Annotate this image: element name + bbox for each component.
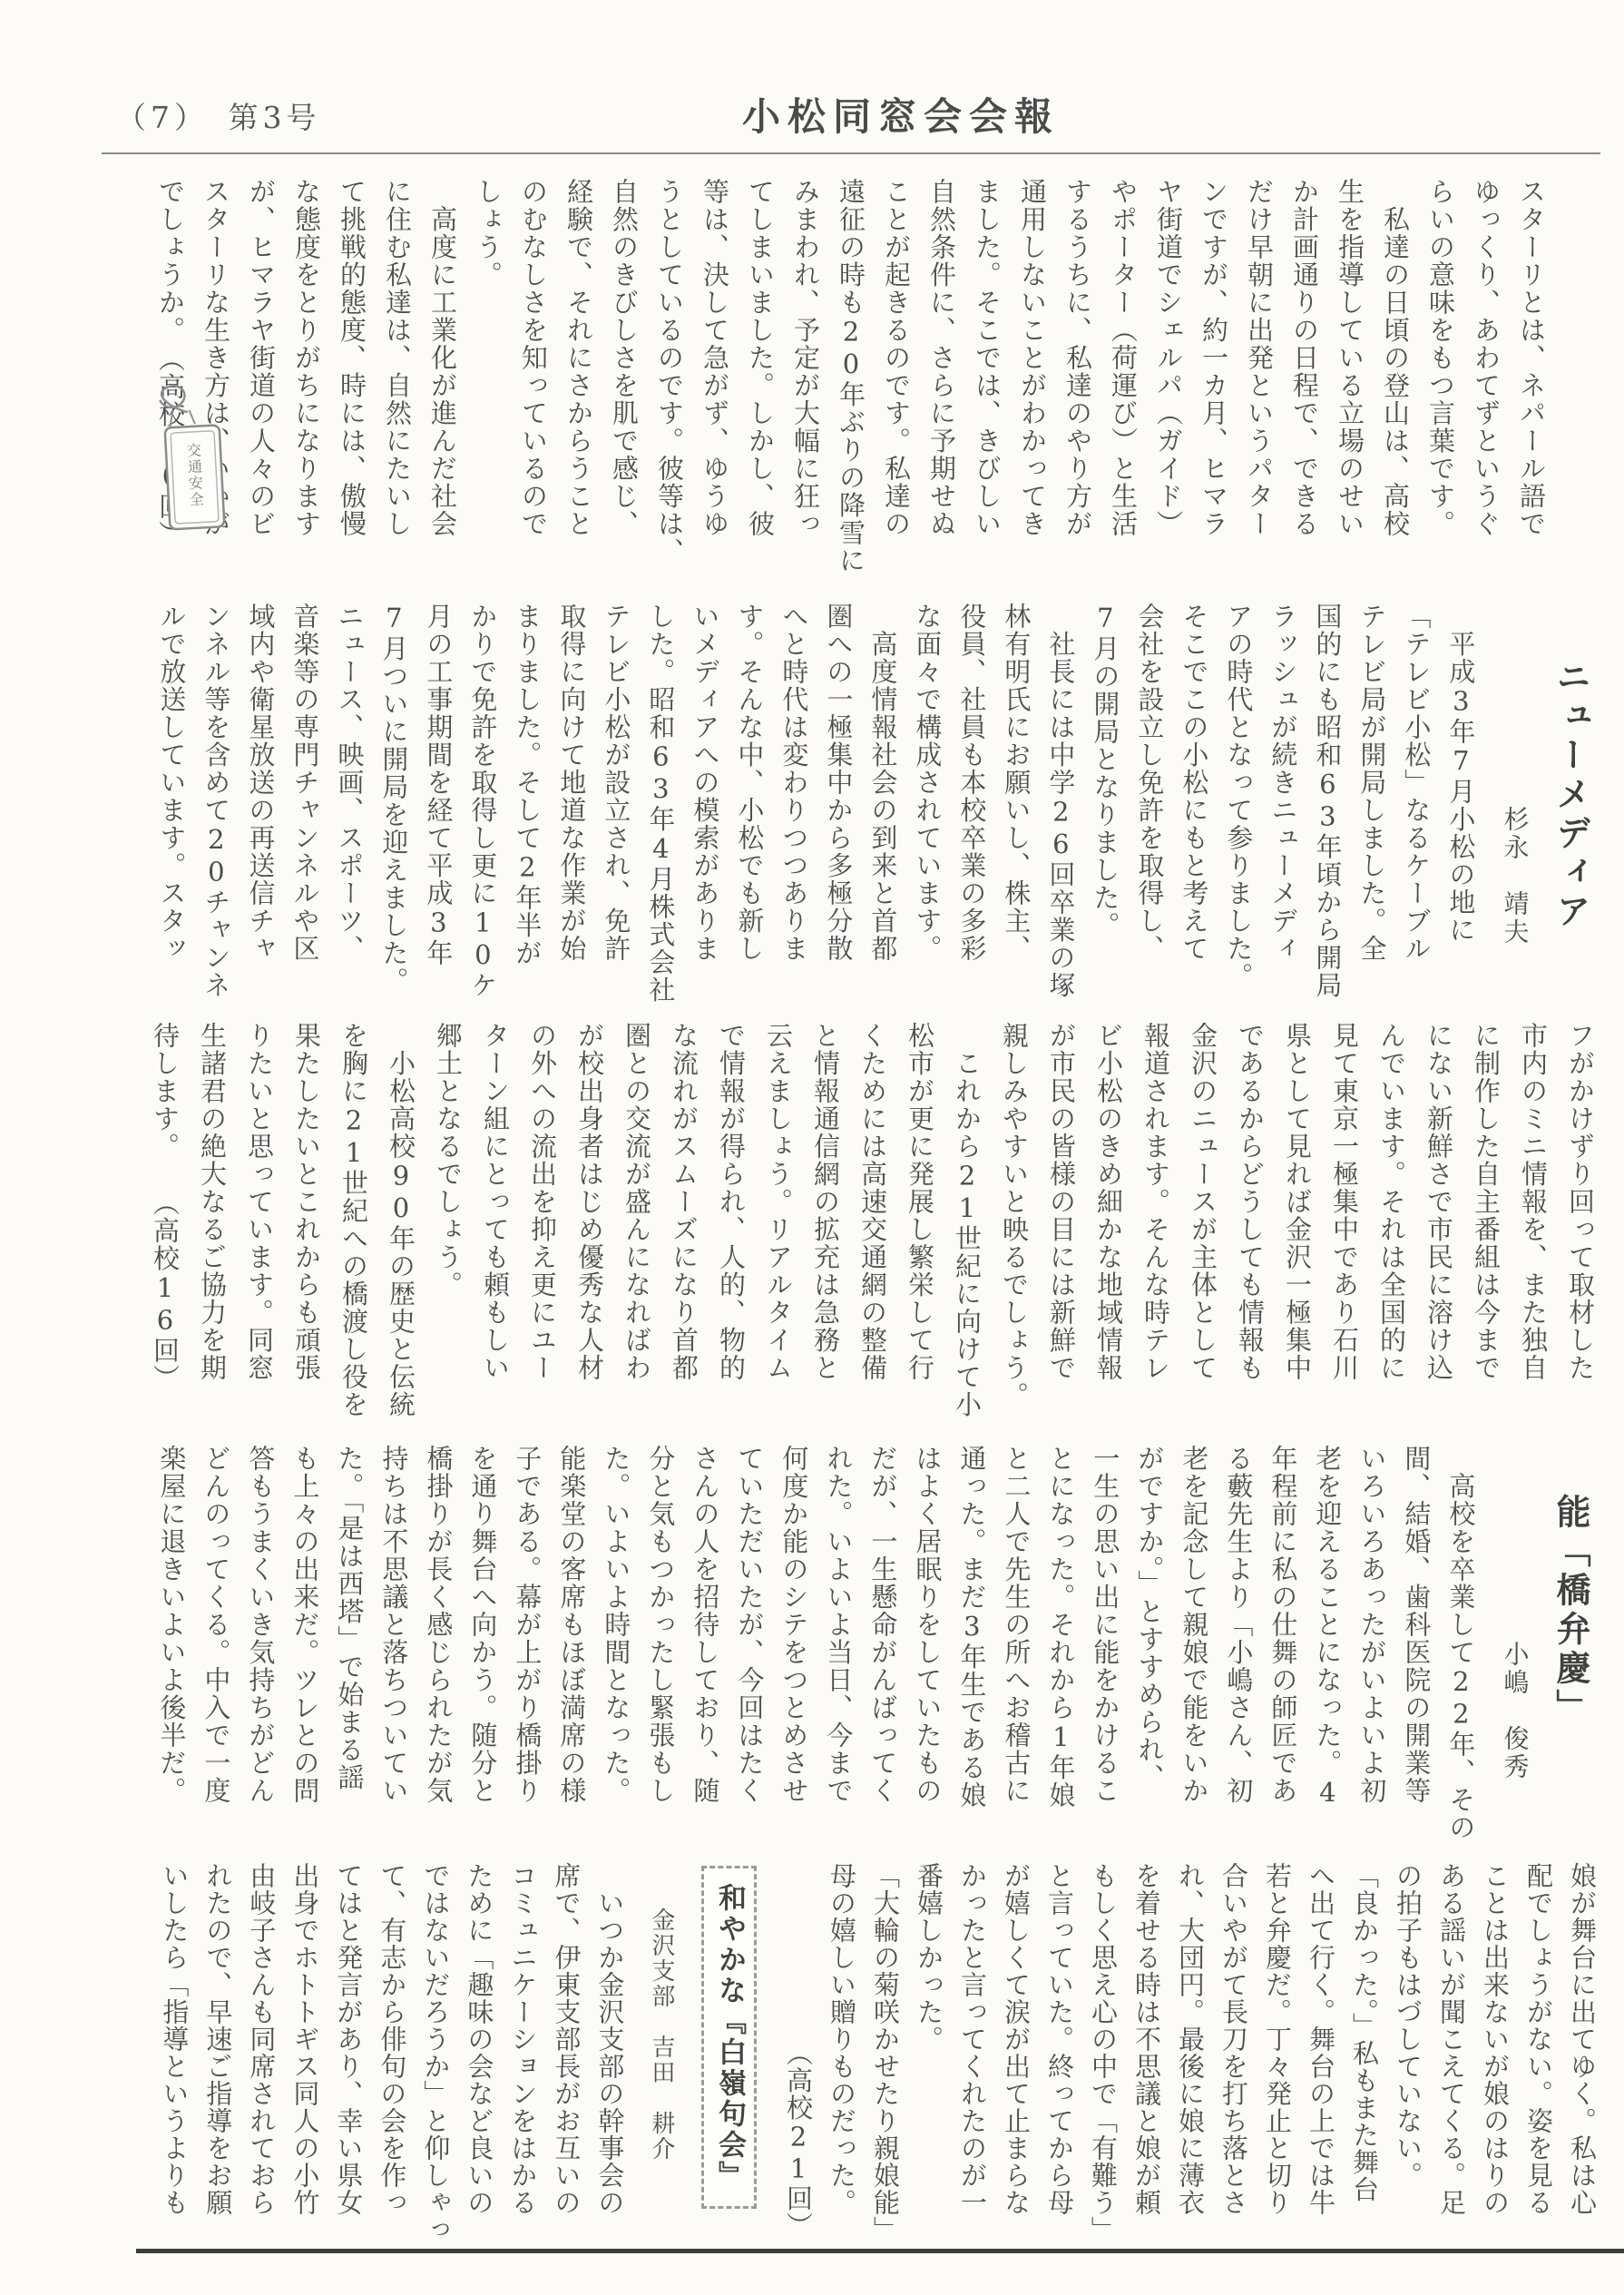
bottom-band: 娘が舞台に出てゆく。私は心 配でしょうがない。姿を見る ことは出来ないが娘のはり… — [127, 1862, 1604, 2252]
charm-drawing: 交通安全 — [113, 371, 273, 558]
article-newmedia-body-part2: フがかけずり回って取材した 市内のミニ情報を、また独自 に制作した自主番組は今ま… — [142, 1022, 1604, 1435]
article-newmedia-band1: ニューメディア 杉永 靖夫 平成3年7月小松の地に 「テレビ小松」なるケーブル … — [134, 603, 1592, 1013]
page-number-label: （7） 第3号 — [116, 94, 321, 137]
article-noh-band1: 能「橋弁慶」 小嶋 俊秀 高校を卒業して22年、その 間、結婚、歯科医院の開業等… — [134, 1445, 1592, 1855]
charm-tag: 交通安全 — [165, 425, 225, 529]
header-rule — [102, 152, 1600, 154]
article-newmedia-author: 杉永 靖夫 — [1497, 603, 1532, 1013]
article-noh-author: 小嶋 俊秀 — [1497, 1445, 1532, 1855]
article-haiku-title: 和やかな『白嶺句会』 — [712, 1883, 746, 2192]
newsletter-page: （7） 第3号 小松同窓会会報 スターリとは、ネパール語で ゆっくり、あわてずと… — [0, 0, 1624, 2295]
article-newmedia-title: ニューメディア — [1550, 603, 1593, 1013]
article-haiku-author: 金沢支部 吉田 耕介 — [644, 1862, 677, 2252]
omamori-charm-illustration: 交通安全 — [113, 371, 273, 558]
article-haiku-title-box: 和やかな『白嶺句会』 — [701, 1866, 757, 2209]
bottom-rule — [136, 2249, 1624, 2253]
article-haiku-body: いつか金沢支部の幹事会の 席で、伊東支部長がお互いの コミュニケーションをはかる… — [152, 1862, 631, 2252]
article-noh-body-part1: 高校を卒業して22年、その 間、結婚、歯科医院の開業等 いろいろあったがいよいよ… — [149, 1445, 1482, 1855]
article-newmedia-band2: フがかけずり回って取材した 市内のミニ情報を、また独自 に制作した自主番組は今ま… — [127, 1022, 1604, 1435]
article-newmedia-body-part1: 平成3年7月小松の地に 「テレビ小松」なるケーブル テレビ局が開局しました。全 … — [149, 603, 1482, 1013]
charm-text: 交通安全 — [184, 442, 205, 508]
article-noh-title: 能「橋弁慶」 — [1550, 1445, 1593, 1855]
article-noh-body-part2: 娘が舞台に出てゆく。私は心 配でしょうがない。姿を見る ことは出来ないが娘のはり… — [777, 1862, 1604, 2252]
article-himalaya-band: スターリとは、ネパール語で ゆっくり、あわてずというぐ らいの意味をもつ言葉です… — [134, 178, 1554, 588]
article-himalaya-body: スターリとは、ネパール語で ゆっくり、あわてずというぐ らいの意味をもつ言葉です… — [148, 178, 1554, 588]
masthead-title: 小松同窓会会報 — [742, 87, 1060, 142]
